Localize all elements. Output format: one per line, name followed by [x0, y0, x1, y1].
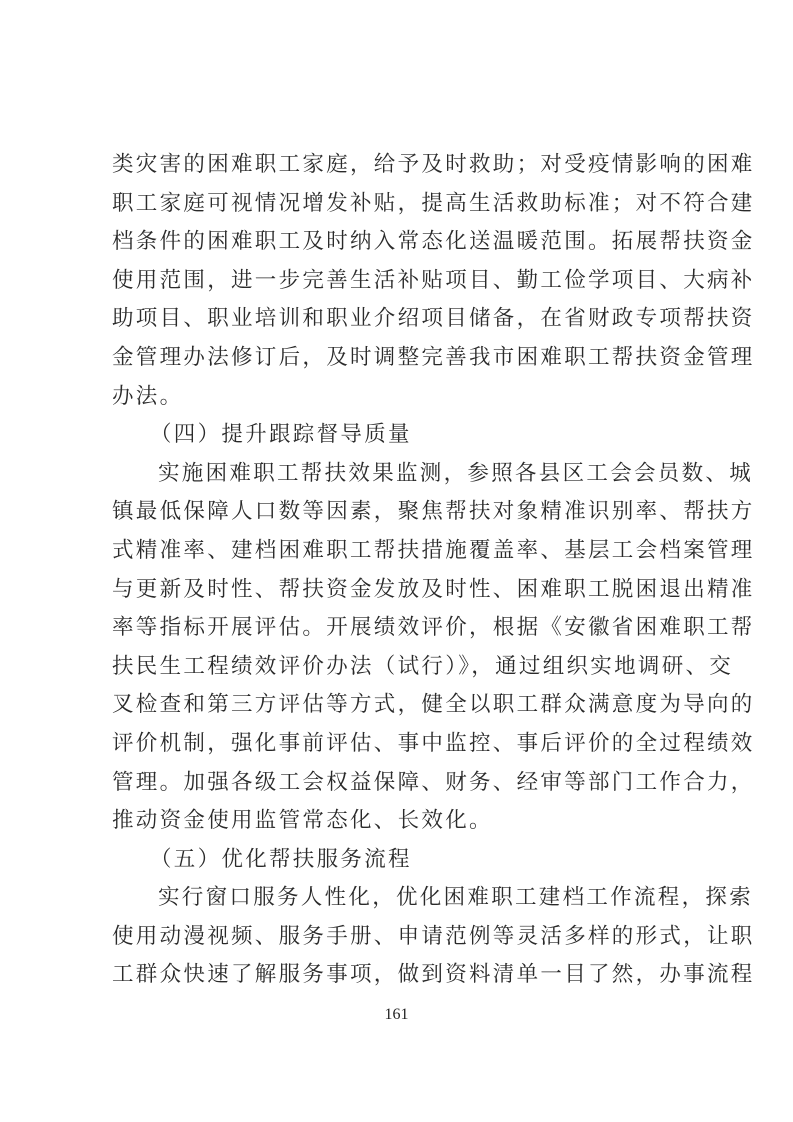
- text-line: 式精准率、建档困难职工帮扶措施覆盖率、基层工会档案管理: [112, 532, 686, 571]
- text-line: 助项目、职业培训和职业介绍项目储备，在省财政专项帮扶资: [112, 300, 686, 339]
- text-line: 办法。: [112, 378, 686, 417]
- text-line: 实施困难职工帮扶效果监测，参照各县区工会会员数、城: [112, 455, 686, 494]
- text-line: 档条件的困难职工及时纳入常态化送温暖范围。拓展帮扶资金: [112, 223, 686, 262]
- text-line: 使用范围，进一步完善生活补贴项目、勤工俭学项目、大病补: [112, 262, 686, 301]
- text-line: 金管理办法修订后，及时调整完善我市困难职工帮扶资金管理: [112, 339, 686, 378]
- text-line: 管理。加强各级工会权益保障、财务、经审等部门工作合力，: [112, 764, 686, 803]
- text-line: 工群众快速了解服务事项，做到资料清单一目了然，办事流程: [112, 956, 686, 995]
- text-line: 职工家庭可视情况增发补贴，提高生活救助标准；对不符合建: [112, 185, 686, 224]
- text-line: 实行窗口服务人性化，优化困难职工建档工作流程，探索: [112, 879, 686, 918]
- text-line: 镇最低保障人口数等因素，聚焦帮扶对象精准识别率、帮扶方: [112, 493, 686, 532]
- text-line: 率等指标开展评估。开展绩效评价，根据《安徽省困难职工帮: [112, 609, 686, 648]
- section-heading-5: （五）优化帮扶服务流程: [112, 841, 686, 880]
- text-line: 推动资金使用监管常态化、长效化。: [112, 802, 686, 841]
- text-line: 类灾害的困难职工家庭，给予及时救助；对受疫情影响的困难: [112, 146, 686, 185]
- text-line: 与更新及时性、帮扶资金发放及时性、困难职工脱困退出精准: [112, 571, 686, 610]
- text-line: 叉检查和第三方评估等方式，健全以职工群众满意度为导向的: [112, 686, 686, 725]
- document-body: 类灾害的困难职工家庭，给予及时救助；对受疫情影响的困难 职工家庭可视情况增发补贴…: [112, 146, 686, 995]
- page-number: 161: [0, 1006, 793, 1024]
- text-line: 评价机制，强化事前评估、事中监控、事后评价的全过程绩效: [112, 725, 686, 764]
- paragraph-section-5: 实行窗口服务人性化，优化困难职工建档工作流程，探索 使用动漫视频、服务手册、申请…: [112, 879, 686, 995]
- text-line: 扶民生工程绩效评价办法（试行）》，通过组织实地调研、交: [112, 648, 686, 687]
- paragraph-section-4: 实施困难职工帮扶效果监测，参照各县区工会会员数、城 镇最低保障人口数等因素，聚焦…: [112, 455, 686, 841]
- paragraph-continued: 类灾害的困难职工家庭，给予及时救助；对受疫情影响的困难 职工家庭可视情况增发补贴…: [112, 146, 686, 416]
- text-line: 使用动漫视频、服务手册、申请范例等灵活多样的形式，让职: [112, 918, 686, 957]
- section-heading-4: （四）提升跟踪督导质量: [112, 416, 686, 455]
